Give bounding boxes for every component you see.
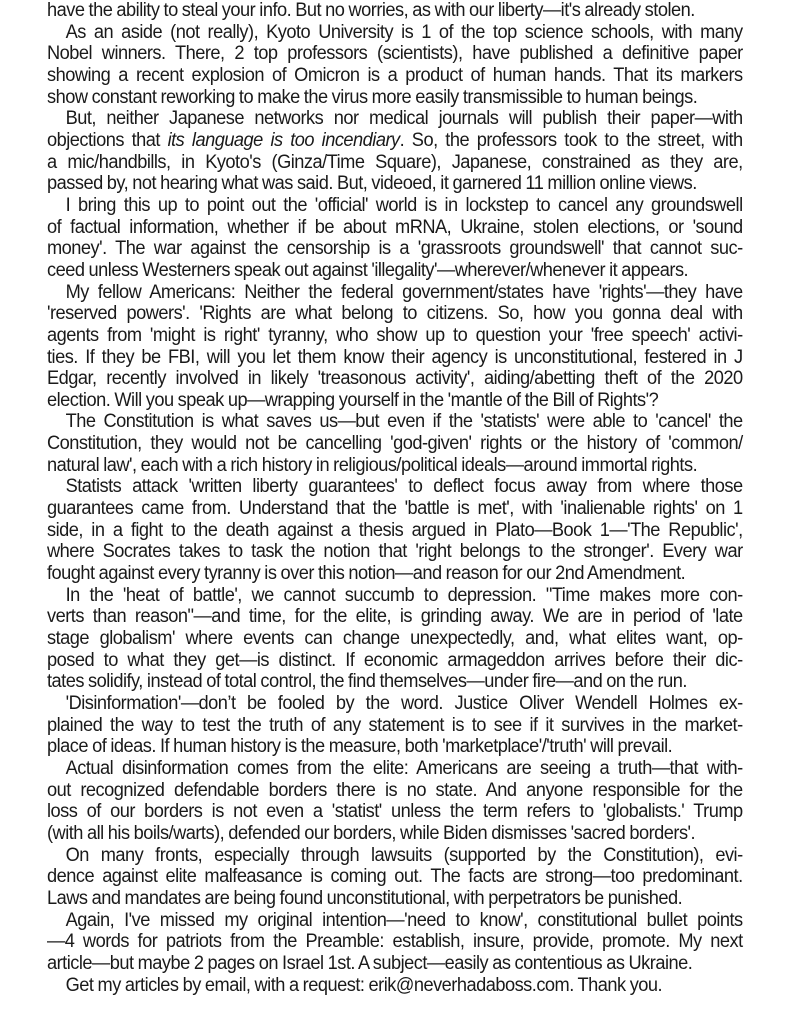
text-line: 'reserved powers'. 'Rights are what belo… <box>47 303 743 325</box>
paragraph-disinformation: 'Disinformation'—don’t be fooled by the … <box>47 693 743 758</box>
text-line: On many fronts, especially through lawsu… <box>47 845 743 867</box>
text-line: election. Will you speak up—wrapping you… <box>47 390 743 412</box>
paragraph-fellow-americans: My fellow Americans: Neither the federal… <box>47 282 743 412</box>
text-line: show constant reworking to make the viru… <box>47 87 743 109</box>
text-line: plained the way to test the truth of any… <box>47 715 743 737</box>
text-line: of factual information, whether if be ab… <box>47 217 743 239</box>
text-line: Statists attack 'written liberty guarant… <box>47 476 743 498</box>
text-line: money'. The war against the censorship i… <box>47 238 743 260</box>
italic-phrase: its language is too incendiary <box>168 129 400 151</box>
paragraph-constitution: The Constitution is what saves us—but ev… <box>47 411 743 476</box>
text-fragment: Get my articles by email, with a request… <box>66 974 369 996</box>
text-line: Actual disinformation comes from the eli… <box>47 758 743 780</box>
paragraph-actual-disinformation: Actual disinformation comes from the eli… <box>47 758 743 845</box>
text-line: My fellow Americans: Neither the federal… <box>47 282 743 304</box>
text-line: posed to what they get—is distinct. If e… <box>47 650 743 672</box>
text-line: passed by, not hearing what was said. Bu… <box>47 173 743 195</box>
text-line: side, in a fight to the death against a … <box>47 520 743 542</box>
text-line: Nobel winners. There, 2 top professors (… <box>47 43 743 65</box>
text-line: As an aside (not really), Kyoto Universi… <box>47 22 743 44</box>
text-line-with-email: Get my articles by email, with a request… <box>47 975 743 997</box>
text-fragment: . So, the professors took to the street,… <box>400 129 743 151</box>
text-line-with-italic: objections that its language is too ince… <box>47 130 743 152</box>
text-line: stage globalism' where events can change… <box>47 628 743 650</box>
text-line: dence against elite malfeasance is comin… <box>47 866 743 888</box>
text-line: natural law', each with a rich history i… <box>47 455 743 477</box>
paragraph-japanese-networks: But, neither Japanese networks nor medic… <box>47 108 743 195</box>
text-line: a mic/handbills, in Kyoto's (Ginza/Time … <box>47 152 743 174</box>
text-line: (with all his boils/warts), defended our… <box>47 823 743 845</box>
text-line: out recognized defendable borders there … <box>47 780 743 802</box>
article-body: have the ability to steal your info. But… <box>47 0 743 996</box>
text-line: verts than reason"—and time, for the eli… <box>47 606 743 628</box>
text-fragment: objections that <box>47 129 168 151</box>
paragraph-kyoto-university: As an aside (not really), Kyoto Universi… <box>47 22 743 109</box>
text-fragment: . Thank you. <box>569 974 662 996</box>
text-line: ceed unless Westerners speak out against… <box>47 260 743 282</box>
text-line: ties. If they be FBI, will you let them … <box>47 347 743 369</box>
text-line: fought against every tyranny is over thi… <box>47 563 743 585</box>
text-line: place of ideas. If human history is the … <box>47 736 743 758</box>
text-line: where Socrates takes to task the notion … <box>47 541 743 563</box>
text-line: showing a recent explosion of Omicron is… <box>47 65 743 87</box>
text-line: In the 'heat of battle', we cannot succu… <box>47 585 743 607</box>
text-line: loss of our borders is not even a 'stati… <box>47 801 743 823</box>
text-line: The Constitution is what saves us—but ev… <box>47 411 743 433</box>
text-line: Again, I've missed my original intention… <box>47 910 743 932</box>
text-line: have the ability to steal your info. But… <box>47 0 743 22</box>
text-line: I bring this up to point out the 'offici… <box>47 195 743 217</box>
paragraph-official-world: I bring this up to point out the 'offici… <box>47 195 743 282</box>
text-line: —4 words for patriots from the Preamble:… <box>47 931 743 953</box>
paragraph-original-intention: Again, I've missed my original intention… <box>47 910 743 975</box>
email-link[interactable]: erik@neverhadaboss.com <box>369 974 570 996</box>
text-line: Edgar, recently involved in likely 'trea… <box>47 368 743 390</box>
text-line: Laws and mandates are being found uncons… <box>47 888 743 910</box>
text-line: agents from 'might is right' tyranny, wh… <box>47 325 743 347</box>
paragraph-heat-of-battle: In the 'heat of battle', we cannot succu… <box>47 585 743 693</box>
text-line: 'Disinformation'—don’t be fooled by the … <box>47 693 743 715</box>
text-line: But, neither Japanese networks nor medic… <box>47 108 743 130</box>
text-line: tates solidify, instead of total control… <box>47 671 743 693</box>
paragraph-continued: have the ability to steal your info. But… <box>47 0 743 22</box>
paragraph-statists: Statists attack 'written liberty guarant… <box>47 476 743 584</box>
text-line: article—but maybe 2 pages on Israel 1st.… <box>47 953 743 975</box>
text-line: guarantees came from. Understand that th… <box>47 498 743 520</box>
paragraph-many-fronts: On many fronts, especially through lawsu… <box>47 845 743 910</box>
paragraph-contact: Get my articles by email, with a request… <box>47 975 743 997</box>
text-line: Constitution, they would not be cancelli… <box>47 433 743 455</box>
